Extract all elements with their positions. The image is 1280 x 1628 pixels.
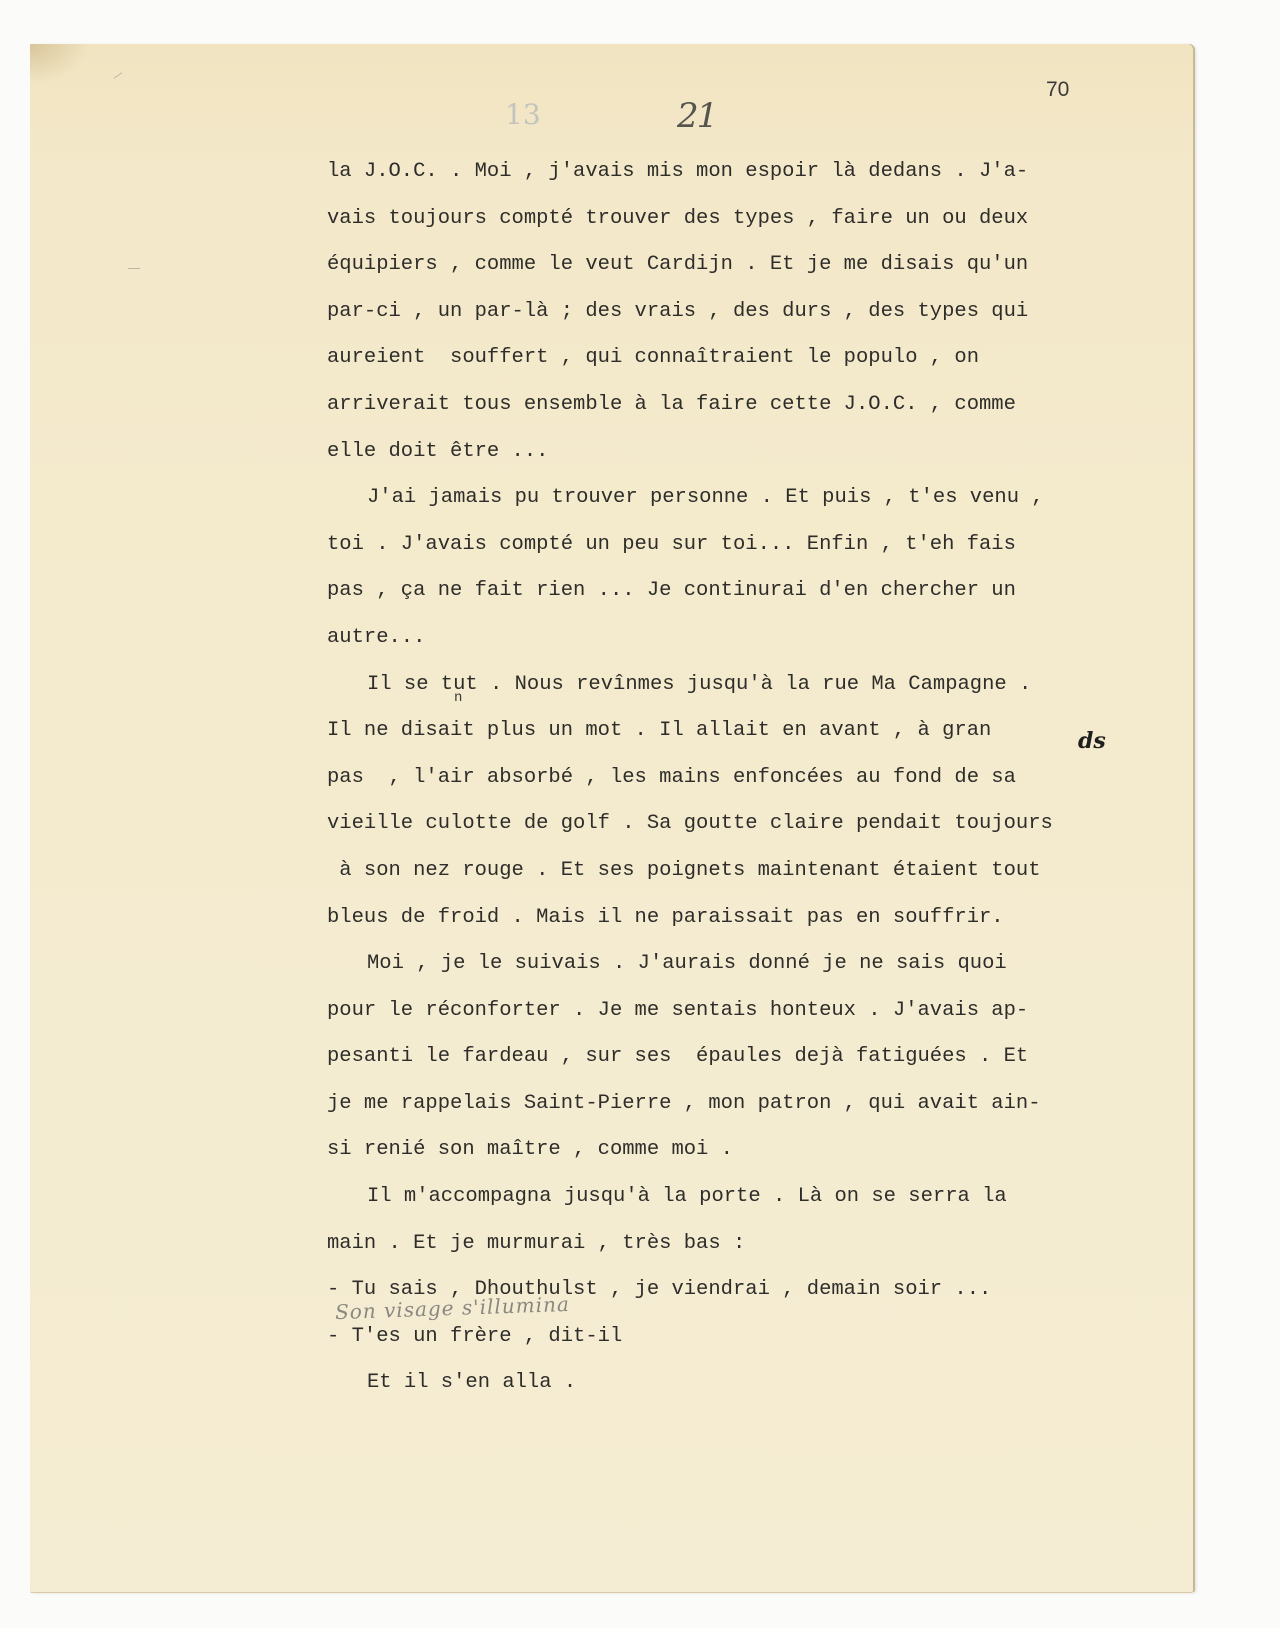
handwritten-page-number: 21 <box>677 96 716 136</box>
text-line: J'ai jamais pu trouver personne . Et pui… <box>327 482 1157 529</box>
text-line: Moi , je le suivais . J'aurais donné je … <box>327 948 1157 995</box>
handwritten-correction-ds: ds <box>1078 728 1106 754</box>
text-line: bleus de froid . Mais il ne paraissait p… <box>327 902 1157 949</box>
text-line: par-ci , un par-là ; des vrais , des dur… <box>327 296 1157 343</box>
text-line: Il ne disait plus un mot . Il allait en … <box>327 715 1157 762</box>
text-line: main . Et je murmurai , très bas : <box>327 1228 1157 1275</box>
text-line: Il m'accompagna jusqu'à la porte . Là on… <box>327 1181 1157 1228</box>
text-line: vais toujours compté trouver des types ,… <box>327 203 1157 250</box>
text-line: Il se tut . Nous revînmes jusqu'à la rue… <box>327 669 1157 716</box>
margin-mark <box>128 268 140 269</box>
text-line: arriverait tous ensemble à la faire cett… <box>327 389 1157 436</box>
faded-page-number: 13 <box>505 98 541 131</box>
text-line: Et il s'en alla . <box>327 1367 1157 1414</box>
text-line: - T'es un frère , dit-il <box>327 1321 1157 1368</box>
text-line: toi . J'avais compté un peu sur toi... E… <box>327 529 1157 576</box>
text-line: autre... <box>327 622 1157 669</box>
text-line: elle doit être ... <box>327 436 1157 483</box>
text-line: pesanti le fardeau , sur ses épaules dej… <box>327 1041 1157 1088</box>
text-line: aureient souffert , qui connaîtraient le… <box>327 342 1157 389</box>
text-line: vieille culotte de golf . Sa goutte clai… <box>327 808 1157 855</box>
text-line: la J.O.C. . Moi , j'avais mis mon espoir… <box>327 156 1157 203</box>
folio-number: 70 <box>1046 78 1069 102</box>
text-line: pas , l'air absorbé , les mains enfoncée… <box>327 762 1157 809</box>
text-line: pas , ça ne fait rien ... Je continurai … <box>327 575 1157 622</box>
text-line: je me rappelais Saint-Pierre , mon patro… <box>327 1088 1157 1135</box>
text-line: équipiers , comme le veut Cardijn . Et j… <box>327 249 1157 296</box>
handwritten-correction-n: n <box>454 690 462 706</box>
text-line: si renié son maître , comme moi . <box>327 1134 1157 1181</box>
text-line: pour le réconforter . Je me sentais hont… <box>327 995 1157 1042</box>
body-text: la J.O.C. . Moi , j'avais mis mon espoir… <box>327 156 1157 1414</box>
text-line: à son nez rouge . Et ses poignets mainte… <box>327 855 1157 902</box>
